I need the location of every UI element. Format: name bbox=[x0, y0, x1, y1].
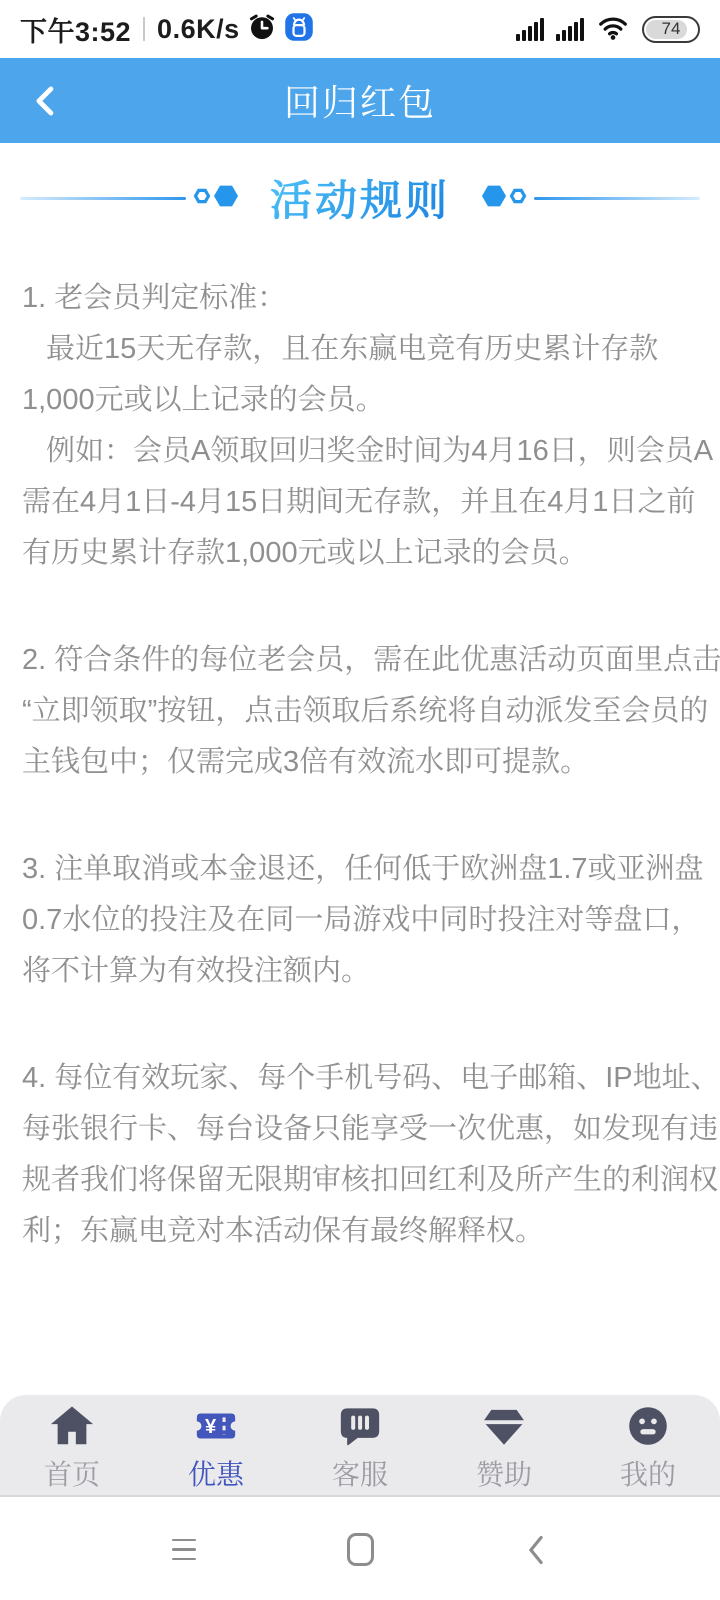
rule-2: 2. 符合条件的每位老会员，需在此优惠活动页面里点击 “立即领取”按钮，点击领取… bbox=[22, 635, 698, 788]
rule-1: 1. 老会员判定标准： 最近15天无存款，且在东赢电竞有历史累计存款 1,000… bbox=[22, 273, 698, 579]
back-nav-button[interactable] bbox=[506, 1520, 566, 1580]
rule-3: 3. 注单取消或本金退还，任何低于欧洲盘1.7或亚洲盘 0.7水位的投注及在同一… bbox=[22, 844, 698, 997]
chat-bubble-icon bbox=[337, 1403, 383, 1449]
recents-button[interactable] bbox=[154, 1520, 214, 1580]
tab-home[interactable]: 首页 bbox=[0, 1395, 144, 1495]
phone-screen: 下午3:52 0.6K/s bbox=[0, 0, 720, 1600]
divider-line-right bbox=[534, 197, 700, 200]
network-speed: 0.6K/s bbox=[157, 14, 240, 45]
android-navigation-bar bbox=[0, 1499, 720, 1600]
coupon-ticket-icon: ¥ bbox=[193, 1403, 239, 1449]
tab-label: 首页 bbox=[44, 1453, 100, 1493]
section-title-row: 活动规则 bbox=[0, 167, 720, 229]
home-nav-icon bbox=[347, 1533, 374, 1566]
home-icon bbox=[49, 1403, 95, 1449]
divider-line-left bbox=[20, 197, 186, 200]
rules-text: 1. 老会员判定标准： 最近15天无存款，且在东赢电竞有历史累计存款 1,000… bbox=[0, 273, 720, 1257]
bottom-tab-bar: 首页 ¥ 优惠 客服 赞 bbox=[0, 1395, 720, 1497]
rule-line: 需在4月1日-4月15日期间无存款，并且在4月1日之前 bbox=[22, 477, 698, 528]
rule-line: 4. 每位有效玩家、每个手机号码、电子邮箱、IP地址、 bbox=[22, 1053, 698, 1104]
back-chevron-icon bbox=[29, 84, 63, 118]
hexagon-decor-left-icon bbox=[192, 177, 254, 220]
wifi-icon bbox=[596, 13, 630, 46]
rule-line: 1,000元或以上记录的会员。 bbox=[22, 375, 698, 426]
clock-time: 下午3:52 bbox=[20, 10, 131, 49]
tab-label: 我的 bbox=[620, 1453, 676, 1493]
tab-label: 优惠 bbox=[188, 1453, 244, 1493]
rule-line: 0.7水位的投注及在同一局游戏中同时投注对等盘口， bbox=[22, 895, 698, 946]
rule-line: 1. 老会员判定标准： bbox=[22, 273, 698, 324]
diamond-icon bbox=[481, 1403, 527, 1449]
rule-line: 将不计算为有效投注额内。 bbox=[22, 946, 698, 997]
rule-line: “立即领取”按钮，点击领取后系统将自动派发至会员的 bbox=[22, 686, 698, 737]
svg-text:¥: ¥ bbox=[205, 1416, 217, 1438]
rule-line: 2. 符合条件的每位老会员，需在此优惠活动页面里点击 bbox=[22, 635, 698, 686]
status-divider bbox=[143, 17, 145, 41]
cell-signal-icon bbox=[516, 17, 544, 41]
rule-4: 4. 每位有效玩家、每个手机号码、电子邮箱、IP地址、 每张银行卡、每台设备只能… bbox=[22, 1053, 698, 1257]
page-header: 回归红包 bbox=[0, 58, 720, 143]
home-button[interactable] bbox=[330, 1520, 390, 1580]
smiley-profile-icon bbox=[625, 1403, 671, 1449]
status-right-group: 74 bbox=[516, 13, 700, 46]
cell-signal-icon-2 bbox=[556, 17, 584, 41]
status-bar: 下午3:52 0.6K/s bbox=[0, 0, 720, 58]
back-button[interactable] bbox=[24, 79, 68, 123]
hexagon-decor-right-icon bbox=[466, 177, 528, 220]
back-nav-icon bbox=[522, 1533, 550, 1567]
rule-line: 利；东赢电竞对本活动保有最终解释权。 bbox=[22, 1206, 698, 1257]
alarm-clock-icon bbox=[248, 13, 276, 46]
rule-line: 有历史累计存款1,000元或以上记录的会员。 bbox=[22, 528, 698, 579]
rule-line: 最近15天无存款，且在东赢电竞有历史累计存款 bbox=[22, 324, 698, 375]
tab-promotions[interactable]: ¥ 优惠 bbox=[144, 1395, 288, 1495]
battery-icon: 74 bbox=[642, 16, 700, 43]
status-left-group: 下午3:52 0.6K/s bbox=[20, 10, 314, 49]
tab-sponsor[interactable]: 赞助 bbox=[432, 1395, 576, 1495]
tab-customer-service[interactable]: 客服 bbox=[288, 1395, 432, 1495]
rule-line: 主钱包中；仅需完成3倍有效流水即可提款。 bbox=[22, 737, 698, 788]
section-title: 活动规则 bbox=[270, 168, 450, 228]
page-title: 回归红包 bbox=[284, 75, 436, 126]
rule-line: 每张银行卡、每台设备只能享受一次优惠，如发现有违 bbox=[22, 1104, 698, 1155]
recents-icon bbox=[172, 1539, 196, 1561]
battery-percent: 74 bbox=[662, 19, 681, 39]
rule-line: 规者我们将保留无限期审核扣回红利及所产生的利润权 bbox=[22, 1155, 698, 1206]
tab-label: 赞助 bbox=[476, 1453, 532, 1493]
rule-line: 3. 注单取消或本金退还，任何低于欧洲盘1.7或亚洲盘 bbox=[22, 844, 698, 895]
rule-line: 例如：会员A领取回归奖金时间为4月16日，则会员A bbox=[22, 426, 698, 477]
tab-label: 客服 bbox=[332, 1453, 388, 1493]
app-notification-icon bbox=[284, 12, 314, 47]
tab-mine[interactable]: 我的 bbox=[576, 1395, 720, 1495]
content-area: 活动规则 1. 老会员判定标准： 最近15天无存款，且在东赢电竞有历史累计存款 … bbox=[0, 143, 720, 1313]
